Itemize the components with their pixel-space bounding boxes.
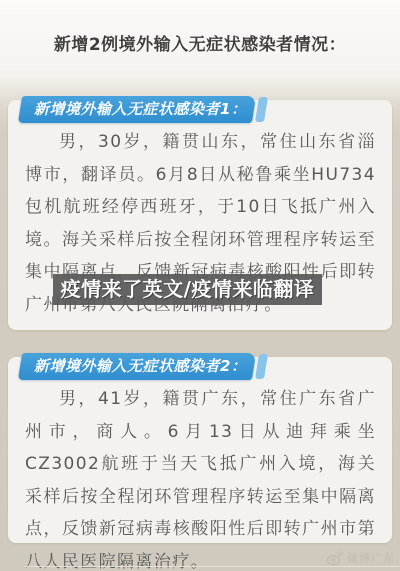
case-2-ribbon-label: 新增境外输入无症状感染者2： <box>20 353 254 380</box>
bottom-divider <box>24 566 400 567</box>
case-card-2: 新增境外输入无症状感染者2： 男，41岁，籍贯广东，常住广东省广州市，商人。6月… <box>8 357 392 543</box>
weibo-eye-icon <box>326 551 344 566</box>
case-2-body-text: 男，41岁，籍贯广东，常住广东省广州市，商人。6月13日从迪拜乘坐CZ3002航… <box>8 357 392 571</box>
page-title: 新增2例境外输入无症状感染者情况： <box>0 30 400 55</box>
announcement-image: 新增2例境外输入无症状感染者情况： 新增境外输入无症状感染者1： 男，30岁，籍… <box>0 0 400 571</box>
weibo-watermark: 微博广东 <box>326 550 395 566</box>
case-1-ribbon: 新增境外输入无症状感染者1： <box>18 96 256 123</box>
case-2-ribbon: 新增境外输入无症状感染者2： <box>18 353 256 380</box>
weibo-watermark-text: 微博广东 <box>347 550 395 566</box>
overlay-watermark-band: 疫情来了英文/疫情来临翻译 <box>53 274 322 305</box>
case-1-ribbon-label: 新增境外输入无症状感染者1： <box>20 96 254 123</box>
